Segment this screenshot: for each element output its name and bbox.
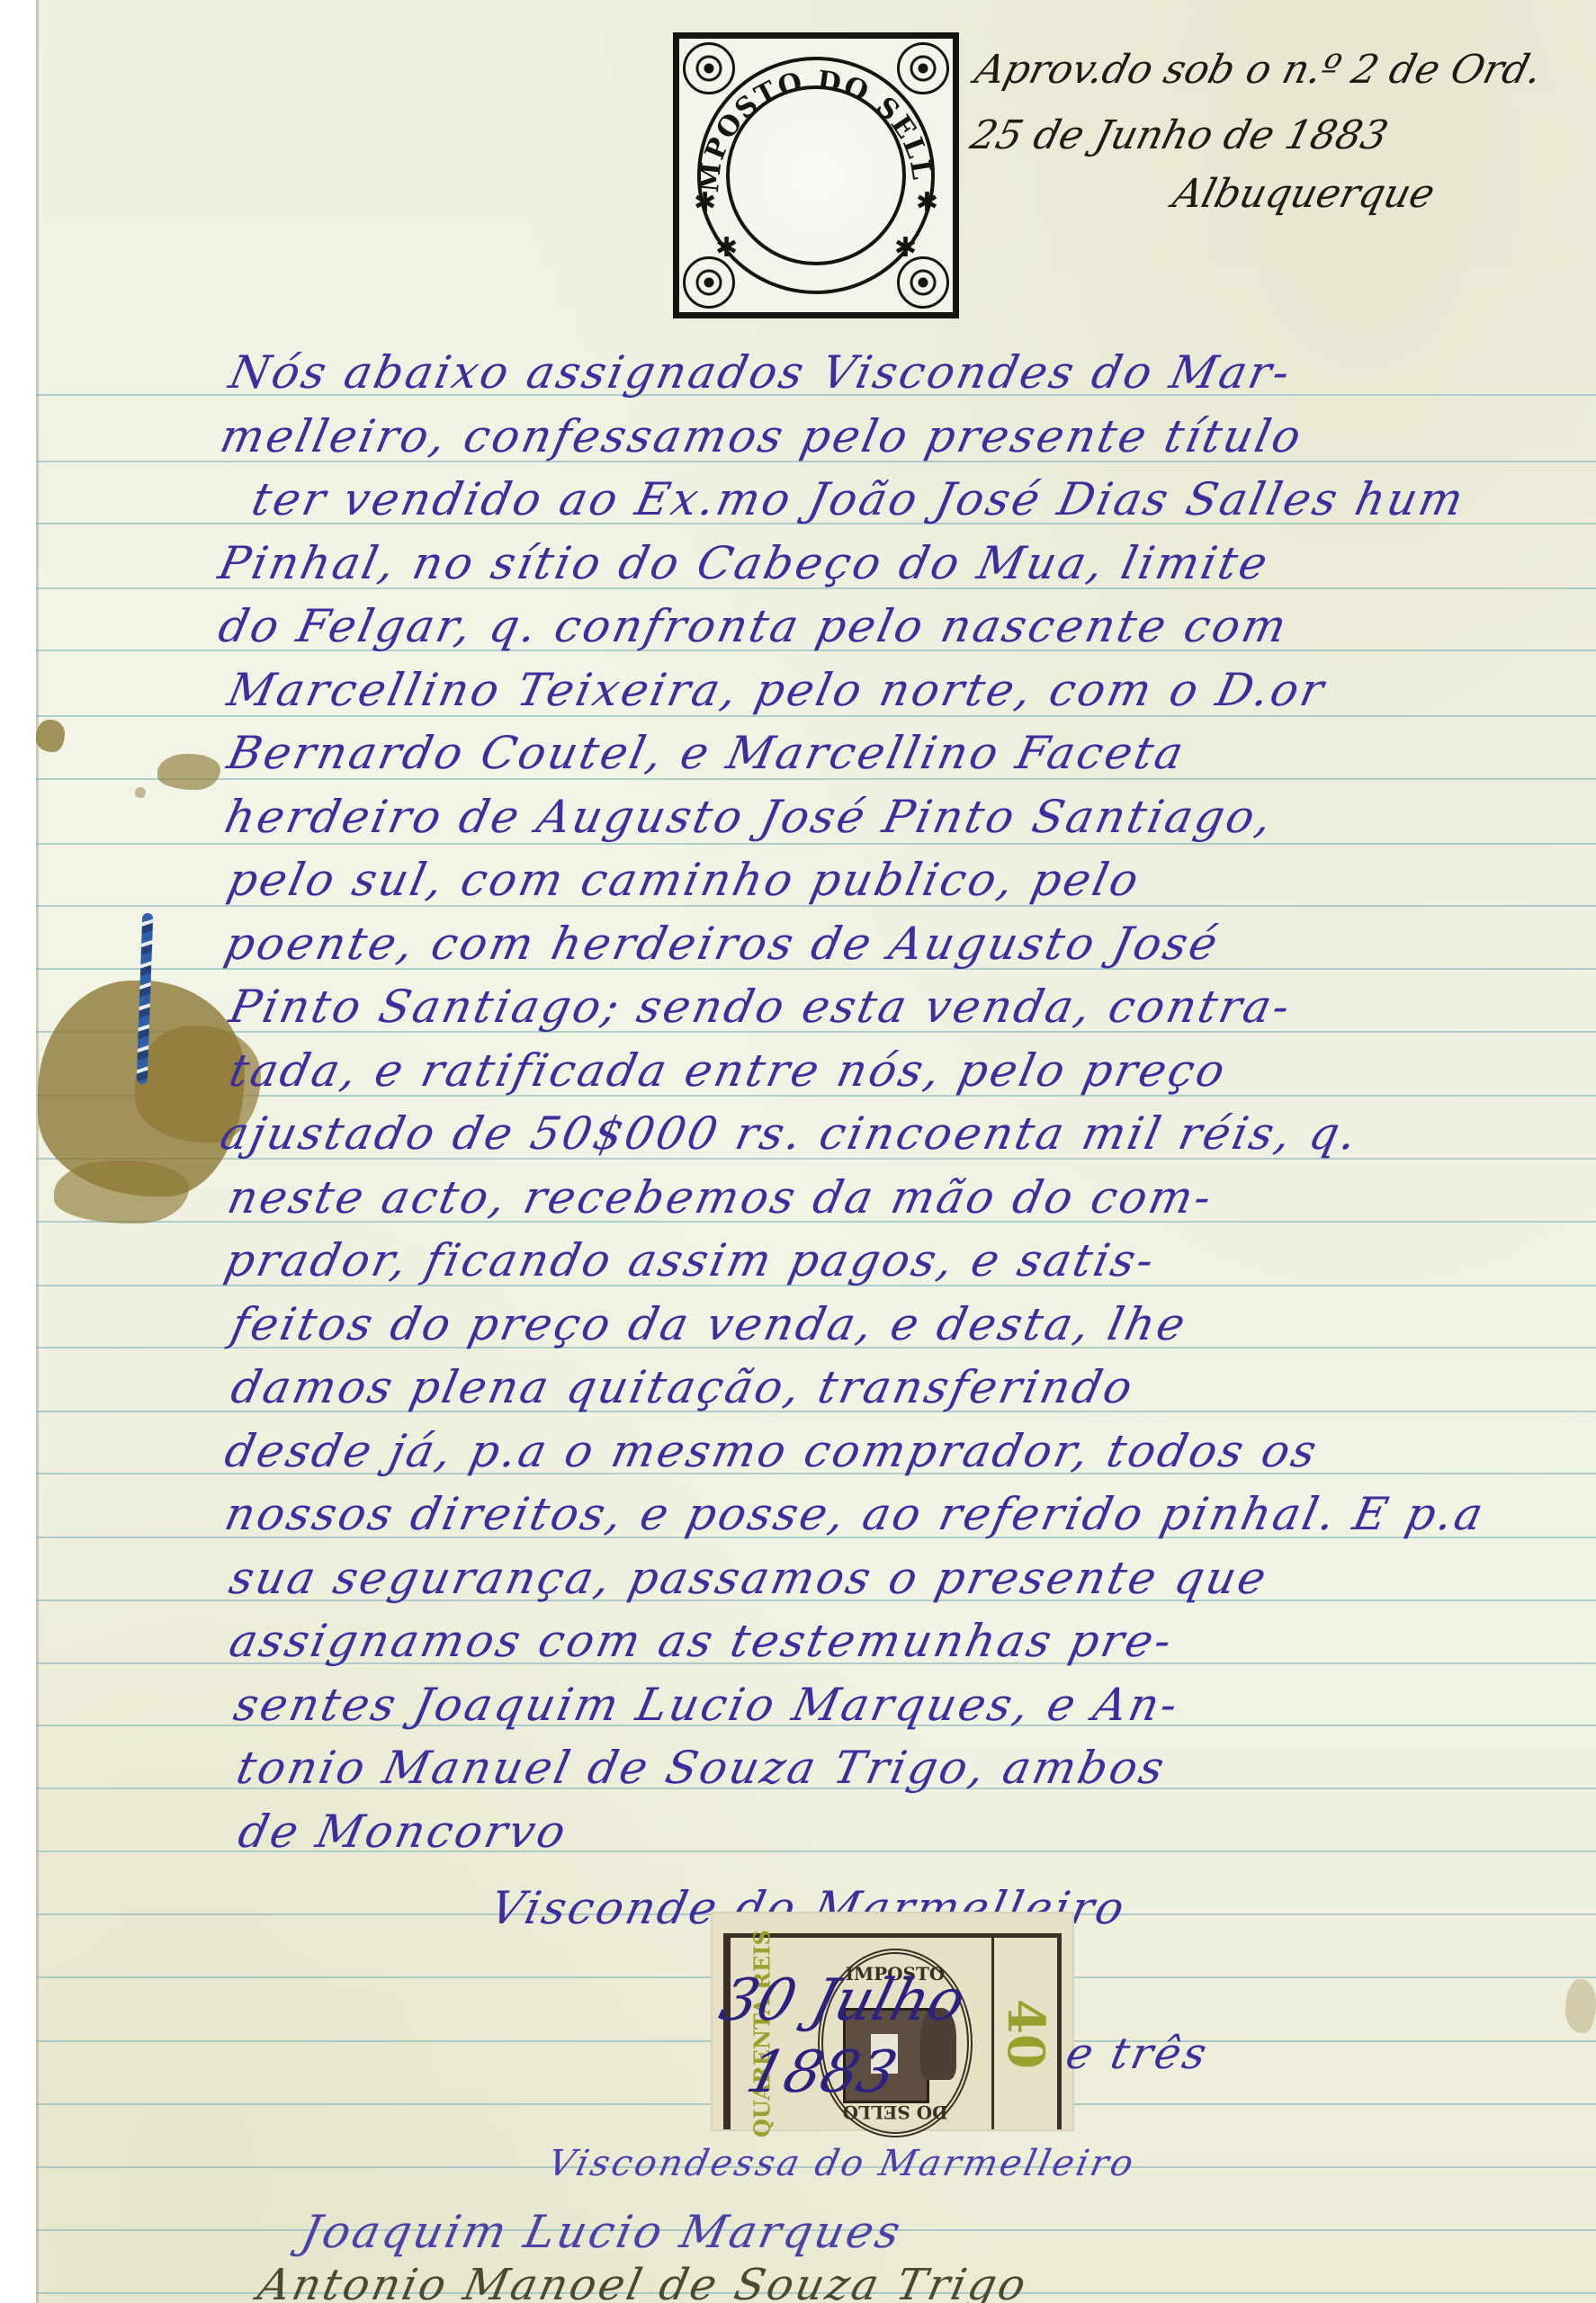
signature-viscondessa: Viscondessa do Marmelleiro <box>544 2143 1140 2184</box>
cancel-date-day: 30 Julho <box>713 1967 972 2034</box>
deed-text-line: assignamos com as testemunhas pre- <box>225 1615 1179 1667</box>
registration-note-signature: Albuquerque <box>1169 171 1439 217</box>
deed-text-line: desde já, p.a o mesmo comprador, todos o… <box>220 1425 1323 1477</box>
deed-text-line: poente, com herdeiros de Augusto José <box>220 918 1224 970</box>
stamp-value: 40 <box>991 1938 1057 2129</box>
deed-text-line: herdeiro de Augusto José Pinto Santiago, <box>220 791 1279 843</box>
water-stain <box>54 1160 189 1223</box>
deed-text-line: Nós abaixo assignados Viscondes do Mar- <box>225 346 1297 399</box>
embossed-coat-of-arms-icon <box>726 85 906 265</box>
tax-stamp-60-reis: ✱ ✱ ✱ ✱ IMPOSTO DO SELLO 60 REIS <box>673 32 959 318</box>
stain-spot <box>1565 1979 1596 2033</box>
cancel-date-year: 1883 <box>740 2039 903 2106</box>
deed-text-line: ajustado de 50$000 rs. cincoenta mil réi… <box>216 1107 1364 1160</box>
deed-text-line: Marcellino Teixeira, pelo norte, com o D… <box>223 664 1331 716</box>
stain-spot <box>157 754 220 790</box>
deed-text-line: tonio Manuel de Souza Trigo, ambos <box>232 1742 1171 1794</box>
tax-stamp-40-reis: QUARENTA REIS 40 IMPOSTO DO SELLO 30 Jul… <box>711 1912 1074 2131</box>
ruled-line <box>36 843 1596 845</box>
signature-witness-1: Joaquim Lucio Marques <box>297 2206 908 2258</box>
deed-text-line: sentes Joaquim Lucio Marques, e An- <box>229 1679 1185 1731</box>
deed-text-line: ter vendido ao Ex.mo João José Dias Sall… <box>247 473 1470 525</box>
deed-text-line: neste acto, recebemos da mão do com- <box>223 1171 1218 1223</box>
date-trailing-text: e três <box>1062 2029 1214 2079</box>
deed-text-line: sua segurança, passamos o presente que <box>225 1552 1273 1604</box>
deed-text-line: feitos do preço da venda, e desta, lhe <box>227 1298 1192 1350</box>
deed-text-line: prador, ficando assim pagos, e satis- <box>220 1234 1161 1286</box>
deed-text-line: Pinto Santiago; sendo esta venda, contra… <box>225 981 1296 1033</box>
paper-edge <box>36 0 39 2303</box>
stain-spot <box>36 720 65 752</box>
deed-text-line: Bernardo Coutel, e Marcellino Faceta <box>223 727 1190 779</box>
deed-text-line: pelo sul, com caminho publico, pelo <box>223 854 1145 906</box>
registration-note-date: 25 de Junho de 1883 <box>966 112 1393 158</box>
deed-text-line: tada, e ratificada entre nós, pelo preço <box>225 1044 1232 1097</box>
deed-text-line: melleiro, confessamos pelo presente títu… <box>216 410 1308 462</box>
deed-text-line: Pinhal, no sítio do Cabeço do Mua, limit… <box>214 537 1275 589</box>
deed-text-line: damos plena quitação, transferindo <box>227 1361 1139 1413</box>
deed-text-line: de Moncorvo <box>234 1806 573 1858</box>
stain-spot <box>135 787 146 798</box>
signature-witness-2: Antonio Manoel de Souza Trigo <box>254 2260 1033 2303</box>
deed-text-line: nossos direitos, e posse, ao referido pi… <box>220 1488 1490 1540</box>
deed-text-line: do Felgar, q. confronta pelo nascente co… <box>214 600 1294 652</box>
registration-note-line: Aprov.do sob o n.º 2 de Ord. <box>971 47 1547 93</box>
